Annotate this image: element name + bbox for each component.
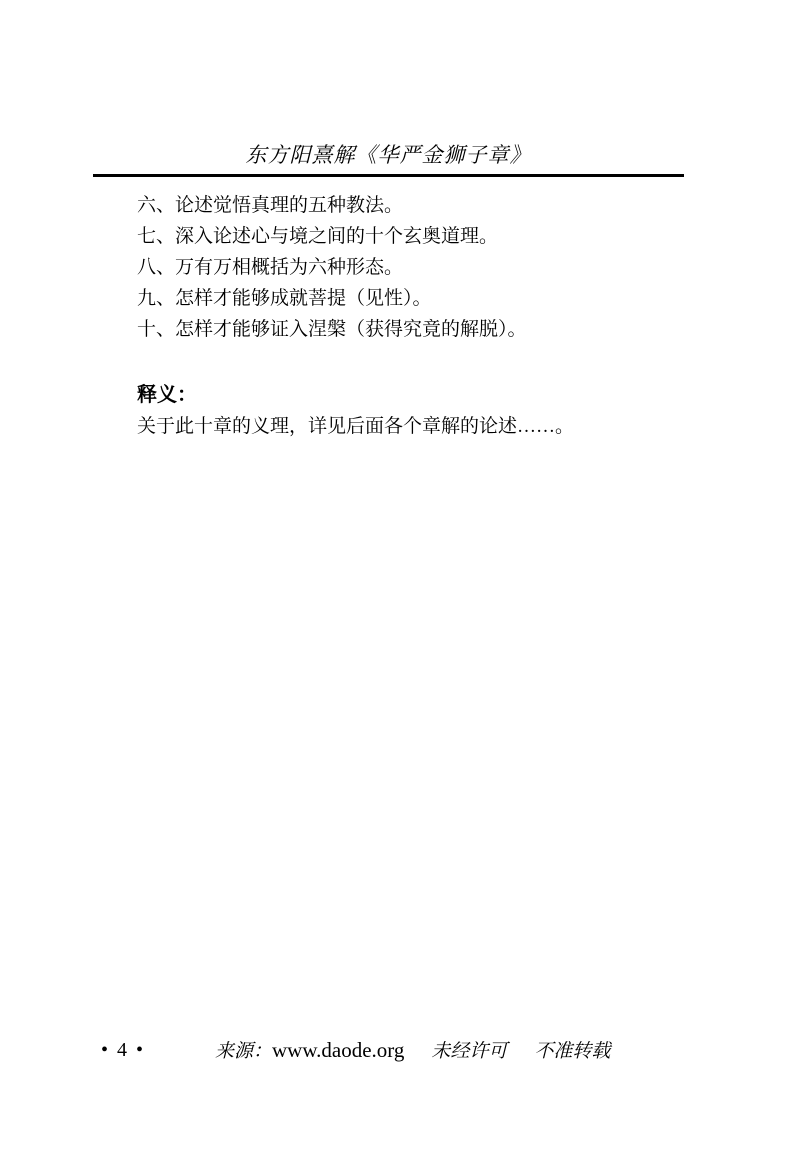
list-item-ten: 十、怎样才能够证入涅槃（获得究竟的解脱）。: [137, 314, 527, 345]
source-url: www.daode.org: [272, 1038, 404, 1062]
shiyi-section: 释义： 关于此十章的义理，详见后面各个章解的论述……。: [137, 380, 574, 442]
list-item-six: 六、论述觉悟真理的五种教法。: [137, 190, 527, 221]
page-header-title: 东方阳熹解《华严金狮子章》: [93, 139, 684, 169]
list-item-eight: 八、万有万相概括为六种形态。: [137, 252, 527, 283]
shiyi-paragraph: 关于此十章的义理，详见后面各个章解的论述……。: [137, 411, 574, 442]
list-item-nine: 九、怎样才能够成就菩提（见性）。: [137, 283, 527, 314]
shiyi-heading: 释义：: [137, 380, 574, 411]
page-number: • 4 •: [101, 1035, 145, 1065]
notice-license: 未经许可: [431, 1041, 507, 1062]
notice-reprint: 不准转载: [534, 1041, 610, 1062]
document-page: 东方阳熹解《华严金狮子章》 六、论述觉悟真理的五种教法。 七、深入论述心与境之间…: [0, 0, 794, 1149]
source-label: 来源：: [215, 1041, 272, 1062]
source-line: 来源：www.daode.org 未经许可 不准转载: [215, 1035, 610, 1067]
page-footer: • 4 • 来源：www.daode.org 未经许可 不准转载: [0, 1035, 794, 1067]
list-item-seven: 七、深入论述心与境之间的十个玄奥道理。: [137, 221, 527, 252]
chapter-summary-list: 六、论述觉悟真理的五种教法。 七、深入论述心与境之间的十个玄奥道理。 八、万有万…: [137, 190, 527, 345]
header-rule: [93, 174, 684, 177]
